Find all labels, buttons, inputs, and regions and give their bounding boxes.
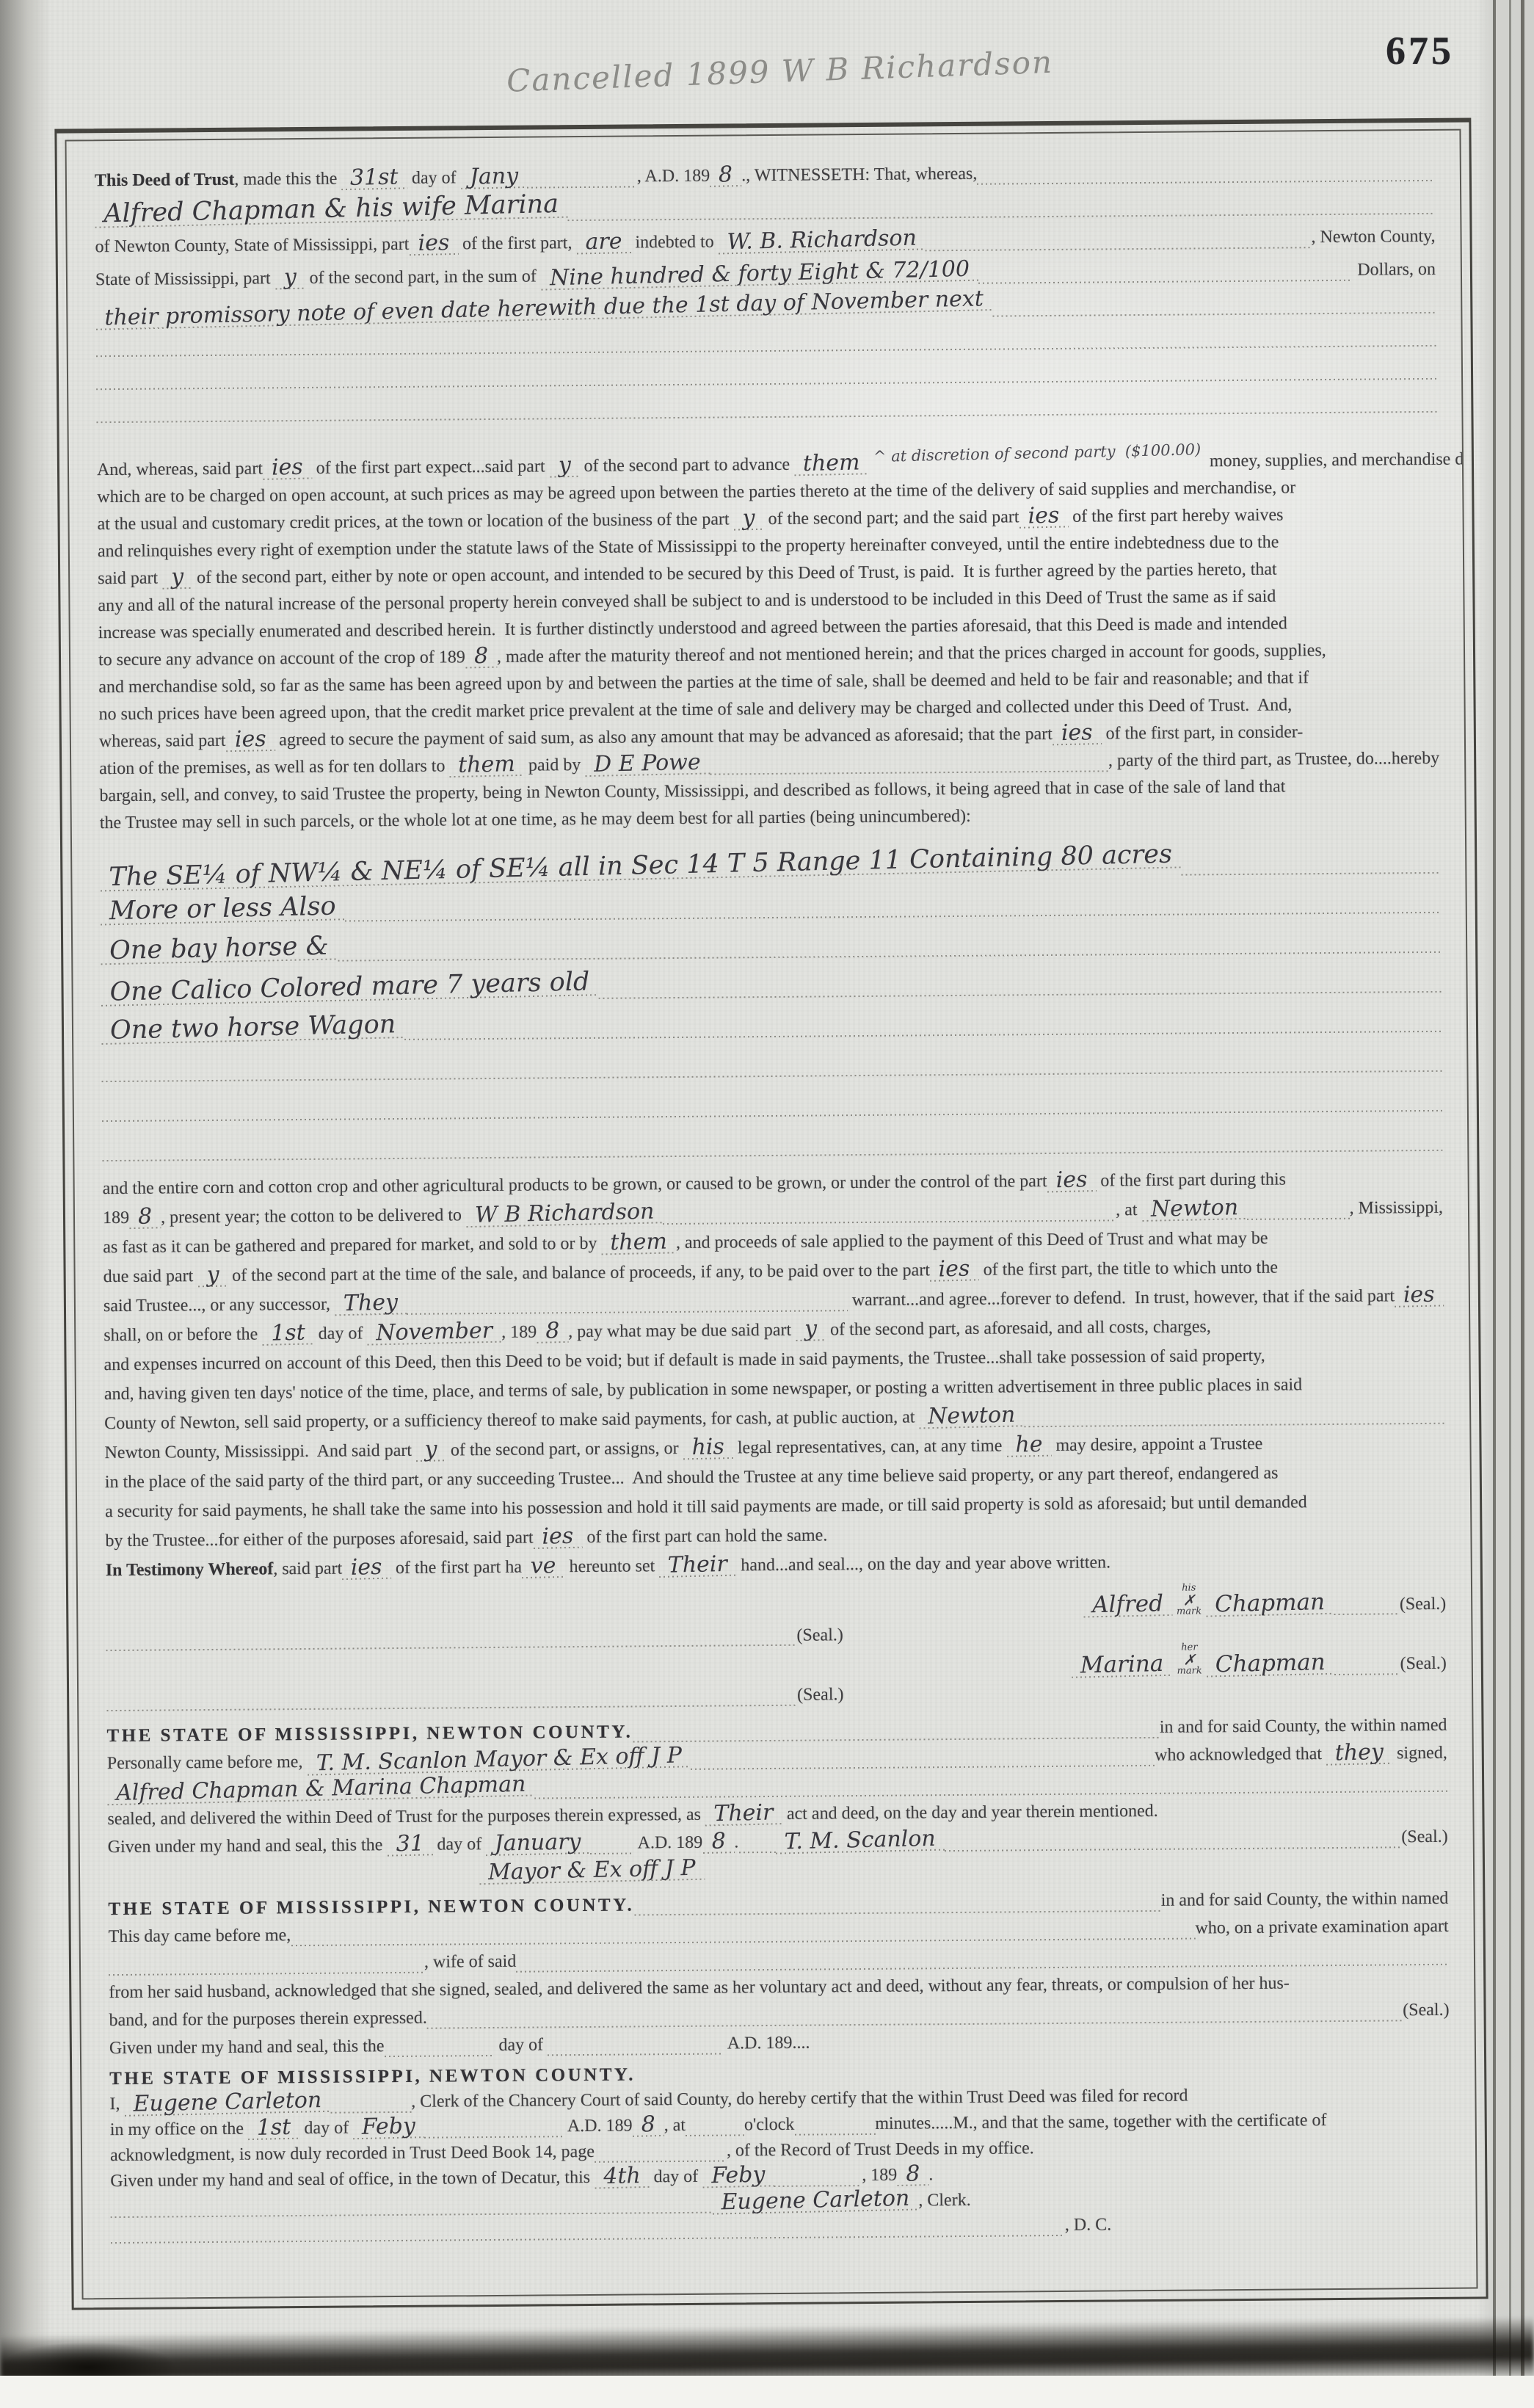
handwritten-entry: W B Richardson (466, 1200, 664, 1227)
dotted-blank (794, 2130, 875, 2135)
handwritten-entry: y (197, 1264, 228, 1288)
printed-text-bold: This Deed of Trust (95, 170, 235, 192)
printed-text: ., WITNESSETH: That, whereas, (741, 164, 977, 186)
printed-text: of the second part to advance (579, 455, 794, 477)
handwritten-entry: y (162, 566, 193, 590)
printed-text: This day came before me, (109, 1926, 291, 1948)
printed-text: said Trustee..., or any successor, (103, 1295, 335, 1317)
mark-text: ✗ (1183, 1653, 1196, 1666)
printed-text: as fast as it can be gathered and prepar… (103, 1234, 601, 1258)
handwritten-entry: Their (659, 1553, 737, 1578)
handwritten-entry: Their (705, 1802, 783, 1826)
printed-text: by the Trustee...for either of the purpo… (105, 1528, 533, 1552)
printed-text: , of the Record of Trust Deeds in my off… (727, 2139, 1034, 2161)
printed-text: , party of the third part, as Trustee, d… (1108, 749, 1439, 772)
handwritten-entry: One two horse Wagon (101, 1012, 405, 1045)
doc-line: Alfredhis✗markChapman(Seal.) (106, 1581, 1446, 1625)
printed-text: Given under my hand and seal, this the (109, 2037, 385, 2059)
cancellation-note: Cancelled 1899 W B Richardson (506, 40, 1167, 98)
printed-text: of the first part can hold the same. (582, 1526, 827, 1548)
printed-text: , said part (273, 1559, 342, 1580)
handwritten-entry: y (733, 507, 764, 531)
deed-form-content: This Deed of Trust, made this the 31st d… (65, 129, 1477, 2300)
printed-text: (Seal.) (1401, 1827, 1448, 1848)
section-covenants: And, whereas, said parties of the first … (97, 443, 1440, 834)
printed-text: Dollars, on (1353, 260, 1436, 280)
printed-text: I, (109, 2095, 124, 2115)
handwritten-entry: them (794, 451, 869, 476)
printed-text: warrant...and agree...forever to defend.… (848, 1287, 1395, 1311)
handwritten-entry: ies (1395, 1283, 1444, 1307)
dotted-blank (757, 2231, 1065, 2238)
printed-text: , wife of said (424, 1952, 517, 1973)
dotted-blank (106, 1701, 797, 1711)
handwritten-entry: 1st (248, 2116, 300, 2140)
handwritten-insertion: ^ at discretion of second party ($100.00… (868, 442, 1205, 465)
page-number: 675 (1386, 28, 1454, 73)
section-heading: THE STATE OF MISSISSIPPI, NEWTON COUNTY. (106, 1722, 633, 1747)
printed-text: who acknowledged that (1155, 1744, 1326, 1766)
printed-text: (Seal.) (1403, 2001, 1450, 2021)
section-signatures: Alfredhis✗markChapman(Seal.)(Seal.)Marin… (106, 1581, 1447, 1711)
printed-text: said part (98, 569, 162, 590)
printed-text: acknowledgment, is now duly recorded in … (110, 2142, 595, 2166)
printed-text: paid by (524, 755, 586, 776)
printed-text-bold: In Testimony Whereof (106, 1560, 274, 1581)
dotted-blank (111, 2234, 757, 2244)
printed-text: shall, on or before the (103, 1325, 262, 1346)
dotted-blank (590, 1849, 634, 1854)
printed-text: day of (494, 2035, 548, 2056)
printed-text: in and for said County, the within named (1160, 1716, 1447, 1738)
printed-text: Given under my hand and seal of office, … (110, 2168, 595, 2192)
handwritten-entry: his (683, 1436, 733, 1459)
printed-text: 189 (103, 1208, 129, 1229)
handwritten-entry: 8 (632, 2113, 664, 2136)
handwritten-entry: Chapman (1206, 1650, 1334, 1677)
handwritten-entry: Newton (1141, 1197, 1247, 1222)
handwritten-entry: One bay horse & (101, 933, 338, 965)
handwritten-entry: Chapman (1206, 1591, 1334, 1617)
printed-text: hereunto set (565, 1557, 660, 1578)
printed-text: (Seal.) (797, 1685, 844, 1705)
handwritten-entry: they (1326, 1741, 1393, 1765)
printed-text: money, supplies, and merchandise during … (1205, 449, 1478, 473)
handwritten-entry: ies (533, 1526, 582, 1549)
book-gutter-shadow (0, 0, 51, 2408)
printed-text: , pay what may be due said part (568, 1321, 796, 1343)
handwritten-entry: ve (522, 1555, 565, 1578)
handwritten-entry: T. M. Scanlon (775, 1827, 945, 1854)
mark-text: mark (1177, 1606, 1202, 1617)
handwritten-entry: 8 (537, 1320, 569, 1343)
printed-text: , Newton County, (1311, 227, 1435, 248)
spacer (1077, 1871, 1448, 1878)
printed-text: in my office on the (110, 2119, 248, 2141)
dotted-blank (96, 408, 1436, 423)
handwritten-entry: 8 (702, 1830, 735, 1854)
printed-text: of the first part, in consider- (1101, 723, 1303, 745)
signature-mark: her✗mark (1172, 1643, 1207, 1677)
mark-text: mark (1177, 1666, 1202, 1676)
printed-text: (Seal.) (1400, 1594, 1447, 1614)
printed-text: (Seal.) (1400, 1654, 1447, 1675)
handwritten-entry: Jany (460, 165, 527, 189)
printed-text: due said part (103, 1267, 198, 1288)
dotted-blank (1334, 1670, 1400, 1675)
printed-text: A.D. 189 (564, 2116, 633, 2136)
handwritten-entry: ies (342, 1556, 391, 1580)
printed-text: ation of the premises, as well as for te… (99, 757, 449, 780)
printed-text: of the second part, as aforesaid, and al… (826, 1318, 1211, 1341)
scanner-bed-strip (0, 2376, 1534, 2408)
handwritten-entry: Feby (353, 2115, 425, 2139)
printed-text: act and deed, on the day and year therei… (782, 1802, 1158, 1825)
dotted-blank (738, 1849, 775, 1853)
dotted-blank (385, 2052, 495, 2057)
mark-text: ✗ (1182, 1593, 1195, 1606)
dotted-blank (102, 1147, 1442, 1161)
handwritten-entry: Eugene Carleton (124, 2089, 330, 2116)
printed-text: State of Mississippi, part (95, 269, 275, 291)
handwritten-entry: Newton (919, 1404, 1025, 1429)
printed-text: of the first part expect...said part (312, 457, 550, 479)
printed-text: A.D. 189.... (724, 2034, 810, 2055)
handwritten-entry: 1st (262, 1321, 314, 1346)
dotted-blank (1247, 1215, 1350, 1220)
printed-text: Newton County, Mississippi. And said par… (104, 1441, 416, 1464)
printed-text: legal representatives, can, at any time (733, 1437, 1007, 1459)
section-ack-clerk: THE STATE OF MISSISSIPPI, NEWTON COUNTY.… (109, 2053, 1451, 2243)
section-heading: THE STATE OF MISSISSIPPI, NEWTON COUNTY. (109, 2064, 636, 2089)
printed-text: of the first part ha (391, 1558, 522, 1579)
section-ack-signers: THE STATE OF MISSISSIPPI, NEWTON COUNTY.… (106, 1708, 1448, 1885)
spacer (1111, 2228, 1451, 2235)
handwritten-entry: he (1006, 1434, 1052, 1457)
printed-text: day of (432, 1835, 486, 1855)
handwritten-entry: 8 (897, 2163, 929, 2186)
printed-text: , 189 (501, 1323, 537, 1343)
printed-text: to secure any advance on account of the … (98, 648, 465, 672)
spacer (108, 1879, 479, 1886)
printed-text: day of (299, 2118, 353, 2139)
printed-text: , Clerk. (918, 2191, 971, 2211)
handwritten-entry: ies (1053, 722, 1102, 745)
printed-text: of the second part; and the said part (764, 508, 1019, 530)
printed-text: , present year; the cotton to be deliver… (161, 1206, 466, 1229)
printed-text: , made this the (234, 170, 341, 191)
printed-text: of the second part, in the sum of (305, 267, 540, 289)
section-opening: This Deed of Trust, made this the 31st d… (95, 148, 1437, 423)
handwritten-entry: More or less Also (100, 893, 345, 925)
handwritten-entry: 8 (710, 164, 742, 187)
printed-text: the Trustee may sell in such parcels, or… (100, 807, 971, 834)
printed-text: of the first part, (458, 233, 577, 255)
handwritten-entry: ies (1047, 1169, 1096, 1192)
spacer (810, 2044, 1450, 2053)
printed-text: Given under my hand and seal, this the (108, 1835, 388, 1858)
handwritten-entry: ies (930, 1258, 979, 1281)
printed-text: And, whereas, said part (97, 460, 263, 481)
handwritten-entry: Feby (702, 2164, 774, 2188)
section-heading: THE STATE OF MISSISSIPPI, NEWTON COUNTY. (108, 1895, 634, 1920)
printed-text: signed, (1392, 1744, 1447, 1764)
printed-text: in and for said County, the within named (1161, 1889, 1449, 1912)
dotted-blank (330, 2108, 411, 2113)
printed-text: who, on a private examination apart (1195, 1917, 1448, 1939)
handwritten-entry: Alfred (1083, 1592, 1172, 1618)
printed-text: hand...and seal..., on the day and year … (736, 1553, 1110, 1577)
section-ack-wife: THE STATE OF MISSISSIPPI, NEWTON COUNTY.… (108, 1881, 1450, 2059)
printed-text: day of (649, 2167, 702, 2188)
printed-text: indebted to (630, 233, 719, 254)
printed-text: , D. C. (1065, 2215, 1112, 2235)
printed-text: (Seal.) (796, 1625, 843, 1646)
printed-text: of Newton County, State of Mississippi, … (95, 235, 410, 258)
deed-text: This Deed of Trust, made this the 31st d… (95, 148, 1451, 2244)
handwritten-entry: them (601, 1230, 676, 1255)
printed-text: band, and for the purposes therein expre… (109, 2009, 426, 2031)
handwritten-entry: 8 (129, 1205, 161, 1229)
dotted-blank (774, 2182, 862, 2187)
dotted-blank (686, 2131, 744, 2136)
handwritten-entry: ies (409, 232, 458, 255)
handwritten-entry: Mayor & Ex off J P (479, 1857, 705, 1885)
handwritten-entry: Marina (1072, 1652, 1173, 1678)
handwritten-entry: Eugene Carleton (712, 2187, 918, 2214)
printed-text: day of (314, 1324, 368, 1345)
printed-text: minutes.....M., and that the same, toget… (875, 2111, 1326, 2134)
printed-text: day of (407, 169, 461, 189)
printed-text: of the first part during this (1096, 1170, 1286, 1192)
handwritten-entry: 4th (595, 2164, 650, 2188)
section-property: The SE¼ of NW¼ & NE¼ of SE¼ all in Sec 1… (100, 834, 1442, 1161)
printed-text: of the second part, or assigns, or (446, 1439, 683, 1461)
dotted-blank (1334, 1611, 1400, 1616)
handwritten-entry: W. B. Richardson (718, 227, 926, 254)
printed-text: , at (1116, 1200, 1142, 1221)
scanned-page: 675 Cancelled 1899 W B Richardson This D… (0, 0, 1534, 2408)
printed-text: may desire, appoint a Trustee (1051, 1435, 1262, 1457)
deed-form-border: This Deed of Trust, made this the 31st d… (54, 117, 1488, 2310)
dotted-blank (548, 2050, 724, 2056)
handwritten-entry: them (449, 753, 524, 777)
signature-mark: his✗mark (1172, 1583, 1207, 1617)
handwritten-entry: November (367, 1320, 501, 1346)
spacer (705, 1874, 1076, 1881)
printed-text: , Mississippi, (1349, 1198, 1443, 1219)
printed-text: A.D. 189 (634, 1833, 703, 1854)
handwritten-entry: y (796, 1318, 826, 1341)
handwritten-entry: 8 (465, 645, 497, 669)
handwritten-entry: ies (1019, 504, 1068, 528)
printed-text: o'clock (744, 2115, 795, 2136)
handwritten-entry: They (335, 1291, 407, 1316)
handwritten-entry: y (275, 266, 305, 290)
printed-text: of the first part hereby waives (1068, 506, 1283, 528)
handwritten-entry: 31st (341, 166, 407, 190)
handwritten-entry: ies (225, 728, 275, 752)
handwritten-entry: January (486, 1831, 590, 1856)
handwritten-entry: y (416, 1438, 447, 1462)
handwritten-entry: 31 (387, 1832, 433, 1856)
printed-text: Personally came before me, (107, 1752, 308, 1774)
handwritten-entry: are (576, 231, 631, 255)
handwritten-entry: D E Powe (585, 751, 710, 777)
printed-text: , 189 (862, 2166, 897, 2186)
printed-text: of the first part, the title to which un… (979, 1258, 1278, 1281)
printed-text: , at (664, 2116, 686, 2136)
section-crop: and the entire corn and cotton crop and … (103, 1160, 1446, 1581)
dotted-blank (527, 183, 637, 188)
handwritten-entry: ies (263, 456, 312, 479)
handwritten-entry: y (549, 454, 580, 478)
printed-text: , A.D. 189 (637, 167, 710, 187)
printed-text: whereas, said part (99, 731, 226, 752)
